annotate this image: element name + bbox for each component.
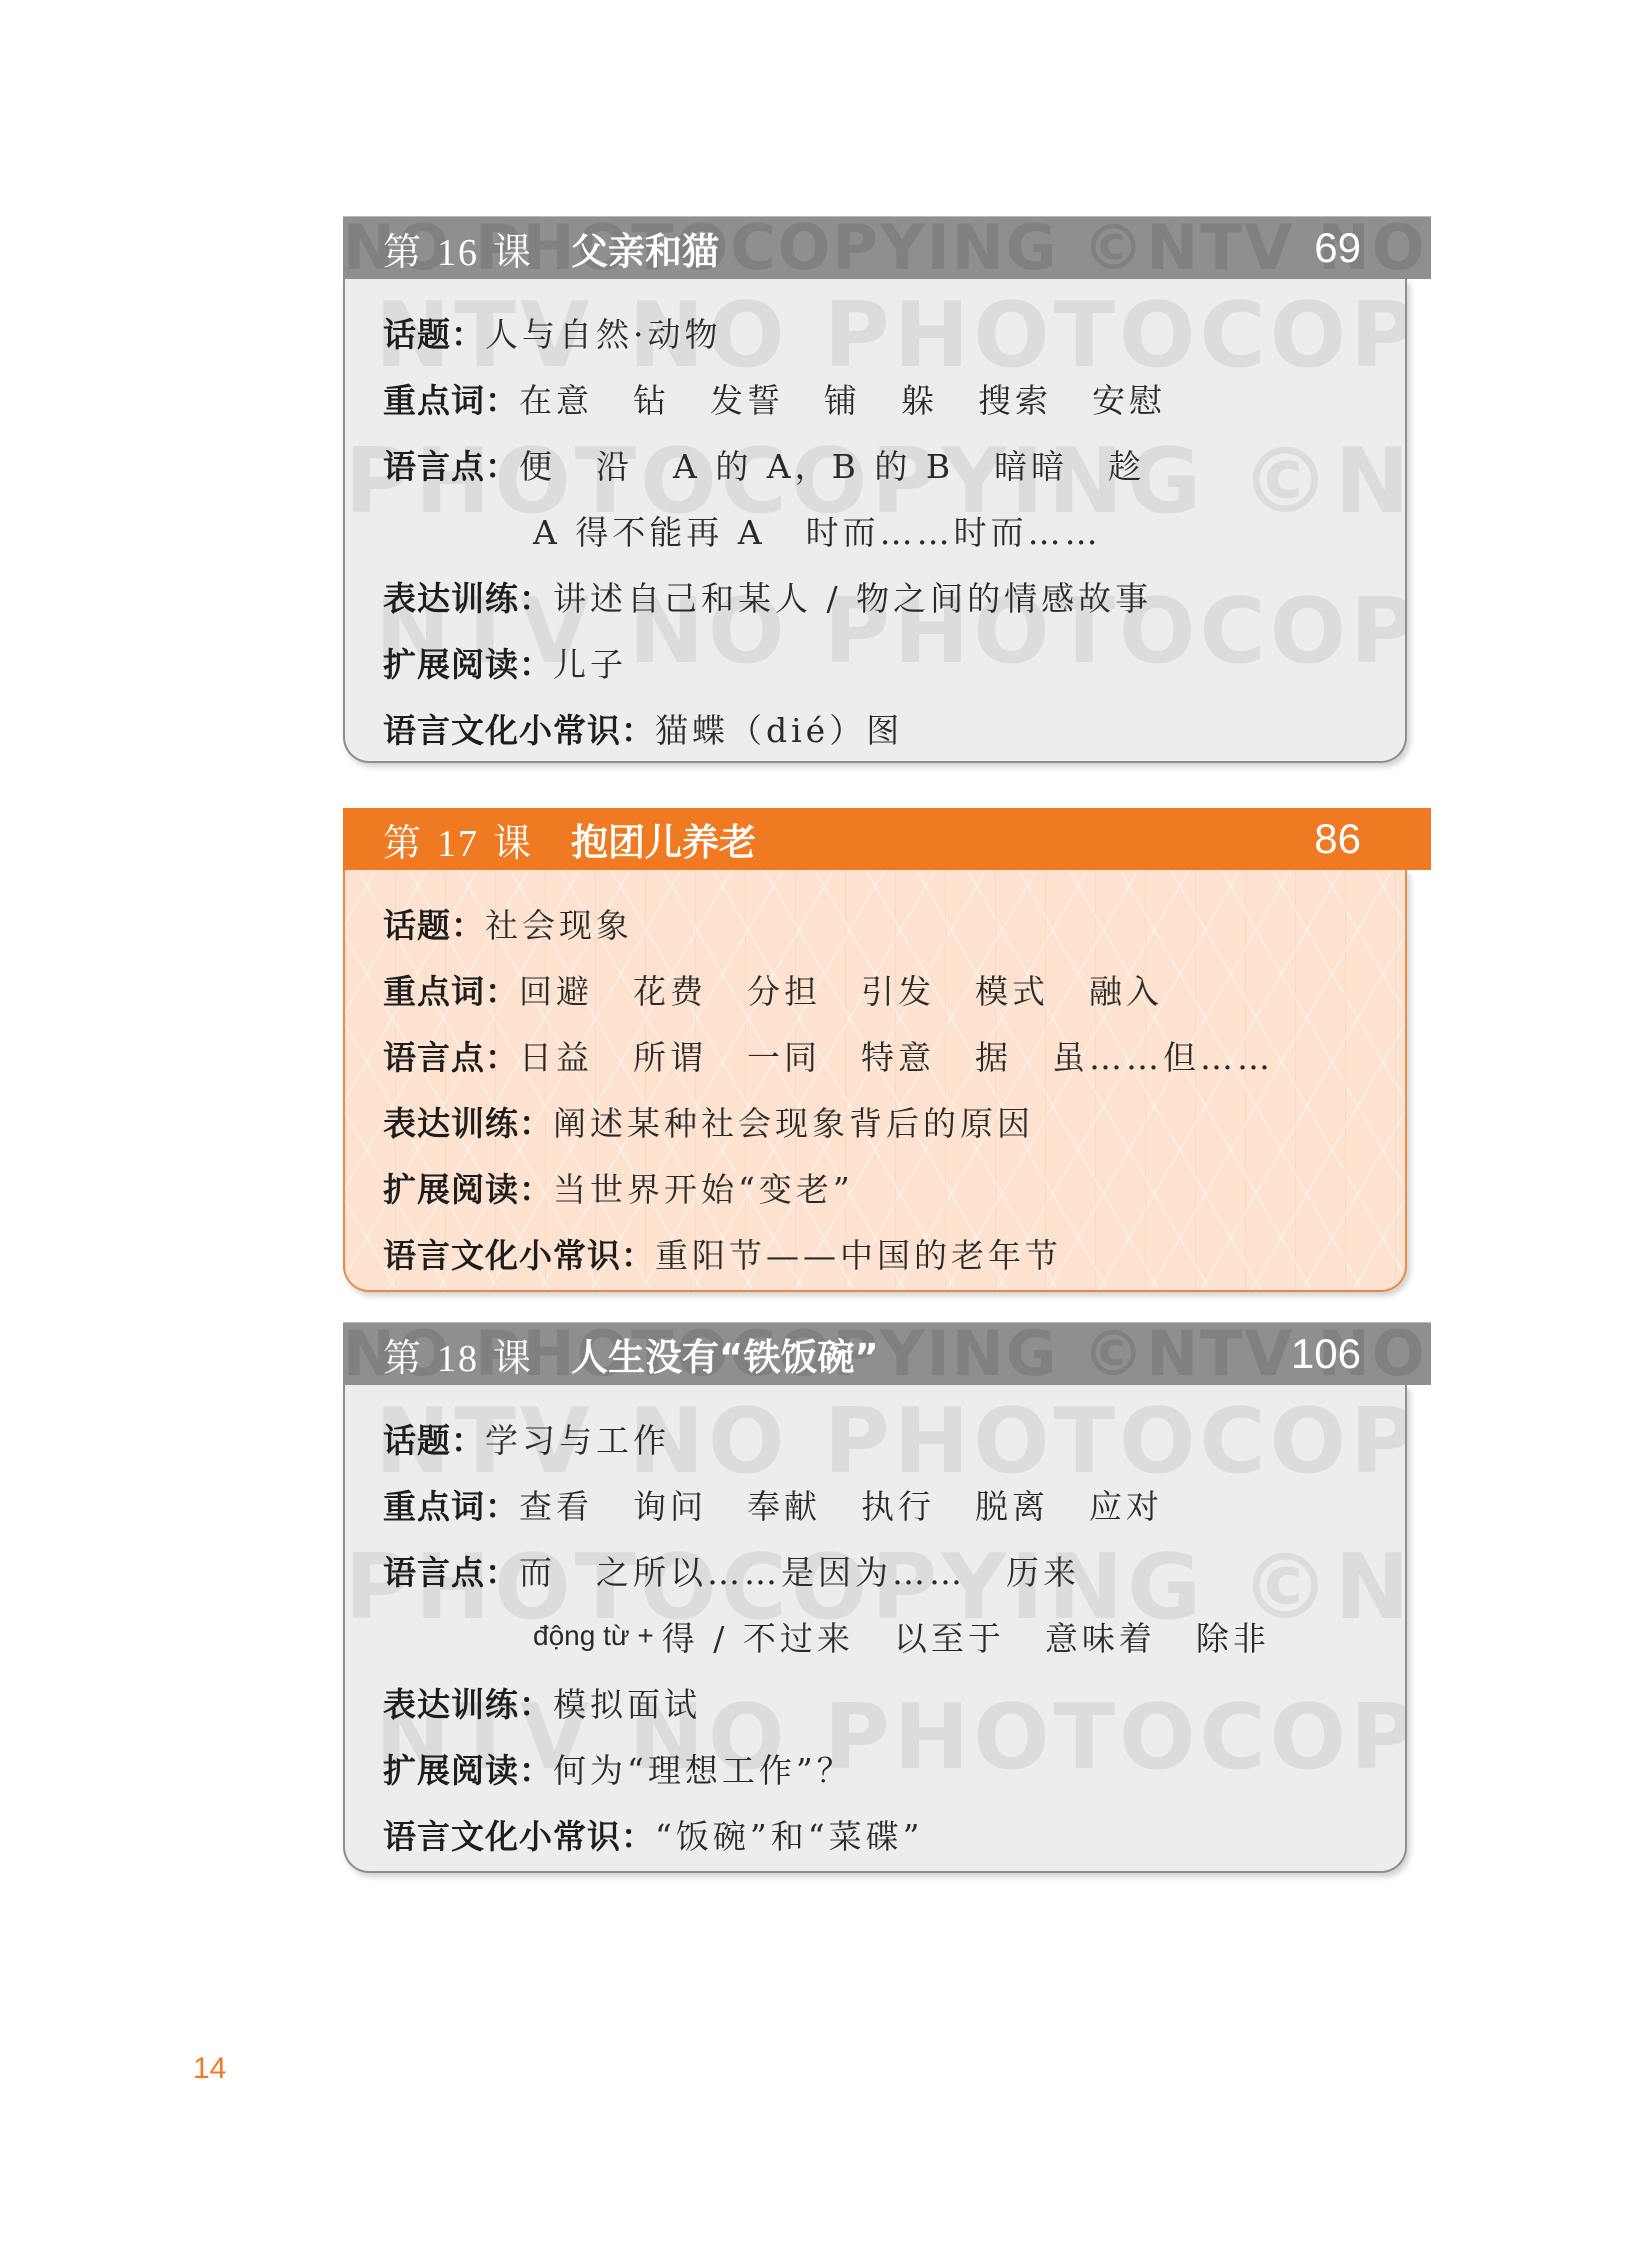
- row-item: A 的 A，B 的 B: [673, 441, 954, 488]
- lesson-prefix: 第: [383, 823, 423, 865]
- row-item: 分担: [747, 966, 821, 1013]
- lesson-body: 话题： 社会现象 重点词： 回避 花费 分担 引发 模式 融入 语言点： 日益 …: [343, 870, 1407, 1292]
- row-key-words: 重点词： 查看 询问 奉献 执行 脱离 应对: [383, 1471, 1405, 1537]
- row-language-points: 语言点： 而 之所以……是因为…… 历来: [383, 1537, 1405, 1603]
- lesson-title: 抱团儿养老: [571, 812, 756, 866]
- row-item: 虽……但……: [1052, 1032, 1274, 1079]
- row-item: 以至于: [894, 1613, 1005, 1660]
- lesson-number-value: 17: [437, 823, 479, 865]
- row-topic: 话题： 人与自然·动物: [383, 299, 1405, 365]
- row-key-words: 重点词： 回避 花费 分担 引发 模式 融入: [383, 956, 1405, 1022]
- row-item: 应对: [1089, 1481, 1163, 1528]
- row-language-points: 语言点： 便 沿 A 的 A，B 的 B 暗暗 趁: [383, 431, 1405, 497]
- row-extended-reading: 扩展阅读： 儿子: [383, 629, 1405, 695]
- lesson-body: NTV NO PHOTOCOPYING PHOTOCOPYING ©NTV NO…: [343, 1385, 1407, 1873]
- row-item: 何为“理想工作”？: [553, 1745, 854, 1792]
- row-item: 奉献: [747, 1481, 821, 1528]
- row-item: 便: [519, 441, 556, 488]
- row-label: 重点词：: [383, 966, 519, 1013]
- row-item: 模拟面试: [553, 1679, 701, 1726]
- row-item: 儿子: [553, 639, 627, 686]
- row-label: 语言文化小常识：: [383, 1230, 655, 1277]
- lesson-number: 第16课: [383, 221, 533, 276]
- row-extended-reading: 扩展阅读： 何为“理想工作”？: [383, 1735, 1405, 1801]
- row-item: 得 / 不过来: [662, 1613, 854, 1660]
- row-expression-training: 表达训练： 阐述某种社会现象背后的原因: [383, 1088, 1405, 1154]
- row-item: 时而……时而……: [806, 507, 1102, 554]
- lesson-suffix: 课: [493, 1338, 533, 1380]
- lesson-prefix: 第: [383, 1338, 423, 1380]
- row-label: 语言点：: [383, 1547, 519, 1594]
- lesson-header[interactable]: 第17课 抱团儿养老 86: [343, 808, 1431, 870]
- row-item: 询问: [633, 1481, 707, 1528]
- lesson-card-18: NO PHOTOCOPYING ©NTV NO P 第18课 人生没有“铁饭碗”…: [343, 1322, 1431, 1873]
- row-item: 回避: [519, 966, 593, 1013]
- lesson-suffix: 课: [493, 823, 533, 865]
- row-label: 话题：: [383, 1415, 485, 1462]
- lesson-card-16: NO PHOTOCOPYING ©NTV NO P 第16课 父亲和猫 69 N…: [343, 216, 1431, 763]
- row-label: 扩展阅读：: [383, 1745, 553, 1792]
- row-item: “饭碗”和“菜碟”: [655, 1811, 923, 1858]
- row-label: 表达训练：: [383, 1098, 553, 1145]
- lesson-number-value: 18: [437, 1338, 479, 1380]
- lesson-suffix: 课: [493, 232, 533, 274]
- row-item: 猫蝶（dié）图: [655, 705, 903, 752]
- row-culture-tip: 语言文化小常识： “饭碗”和“菜碟”: [383, 1801, 1405, 1867]
- row-culture-tip: 语言文化小常识： 猫蝶（dié）图: [383, 695, 1405, 761]
- row-item: 所谓: [633, 1032, 707, 1079]
- row-key-words: 重点词： 在意 钻 发誓 铺 躲 搜索 安慰: [383, 365, 1405, 431]
- row-label: 重点词：: [383, 375, 519, 422]
- lesson-number: 第17课: [383, 812, 533, 867]
- row-item: 而: [519, 1547, 556, 1594]
- row-item: 学习与工作: [485, 1415, 670, 1462]
- row-label: 语言点：: [383, 1032, 519, 1079]
- row-language-points-cont: A 得不能再 A 时而……时而……: [383, 497, 1405, 563]
- row-topic: 话题： 社会现象: [383, 890, 1405, 956]
- lesson-header[interactable]: NO PHOTOCOPYING ©NTV NO P 第16课 父亲和猫 69: [343, 216, 1431, 279]
- pinyin-note: động từ +: [533, 1620, 654, 1652]
- lesson-number-value: 16: [437, 232, 479, 274]
- row-item: 当世界开始“变老”: [553, 1164, 854, 1211]
- lesson-page-number: 69: [1314, 224, 1361, 272]
- row-label: 扩展阅读：: [383, 1164, 553, 1211]
- row-item: A 得不能再 A: [533, 507, 766, 554]
- row-label: 语言点：: [383, 441, 519, 488]
- row-item: 之所以……是因为……: [596, 1547, 966, 1594]
- row-label: 话题：: [383, 309, 485, 356]
- lesson-page-number: 86: [1314, 815, 1361, 863]
- lesson-number: 第18课: [383, 1327, 533, 1382]
- row-item: 阐述某种社会现象背后的原因: [553, 1098, 1034, 1145]
- row-label: 重点词：: [383, 1481, 519, 1528]
- row-expression-training: 表达训练： 讲述自己和某人 / 物之间的情感故事: [383, 563, 1405, 629]
- row-item: 花费: [633, 966, 707, 1013]
- page-number: 14: [193, 2052, 226, 2086]
- row-item: 除非: [1196, 1613, 1270, 1660]
- row-label: 表达训练：: [383, 1679, 553, 1726]
- row-language-points-cont: động từ + 得 / 不过来 以至于 意味着 除非: [383, 1603, 1405, 1669]
- lesson-title: 人生没有“铁饭碗”: [571, 1327, 879, 1381]
- row-language-points: 语言点： 日益 所谓 一同 特意 据 虽……但……: [383, 1022, 1405, 1088]
- row-item: 查看: [519, 1481, 593, 1528]
- row-label: 表达训练：: [383, 573, 553, 620]
- row-item: 据: [975, 1032, 1012, 1079]
- row-item: 搜索: [978, 375, 1052, 422]
- row-item: 暗暗: [994, 441, 1068, 488]
- row-extended-reading: 扩展阅读： 当世界开始“变老”: [383, 1154, 1405, 1220]
- row-item: 执行: [861, 1481, 935, 1528]
- row-expression-training: 表达训练： 模拟面试: [383, 1669, 1405, 1735]
- row-item: 社会现象: [485, 900, 633, 947]
- row-label: 语言文化小常识：: [383, 705, 655, 752]
- row-item: 安慰: [1092, 375, 1166, 422]
- row-item: 重阳节——中国的老年节: [655, 1230, 1062, 1277]
- row-item: 日益: [519, 1032, 593, 1079]
- row-item: 人与自然·动物: [485, 309, 722, 356]
- row-item: 趁: [1108, 441, 1145, 488]
- row-item: 意味着: [1045, 1613, 1156, 1660]
- row-item: 铺: [824, 375, 861, 422]
- lesson-header[interactable]: NO PHOTOCOPYING ©NTV NO P 第18课 人生没有“铁饭碗”…: [343, 1322, 1431, 1385]
- row-label: 语言文化小常识：: [383, 1811, 655, 1858]
- row-topic: 话题： 学习与工作: [383, 1405, 1405, 1471]
- row-label: 扩展阅读：: [383, 639, 553, 686]
- row-item: 历来: [1006, 1547, 1080, 1594]
- lesson-page-number: 106: [1291, 1330, 1361, 1378]
- row-item: 钻: [633, 375, 670, 422]
- lesson-body: NTV NO PHOTOCOPYING PHOTOCOPYING ©NTV NO…: [343, 279, 1407, 763]
- row-item: 沿: [596, 441, 633, 488]
- lesson-prefix: 第: [383, 232, 423, 274]
- row-item: 躲: [901, 375, 938, 422]
- row-item: 特意: [861, 1032, 935, 1079]
- row-item: 发誓: [710, 375, 784, 422]
- row-label: 话题：: [383, 900, 485, 947]
- row-item: 引发: [861, 966, 935, 1013]
- row-item: 一同: [747, 1032, 821, 1079]
- row-culture-tip: 语言文化小常识： 重阳节——中国的老年节: [383, 1220, 1405, 1286]
- lesson-title: 父亲和猫: [571, 221, 719, 275]
- row-item: 在意: [519, 375, 593, 422]
- lesson-card-17: 第17课 抱团儿养老 86 话题： 社会现象 重点词： 回避 花费 分担 引发 …: [343, 808, 1431, 1292]
- row-item: 融入: [1089, 966, 1163, 1013]
- row-item: 脱离: [975, 1481, 1049, 1528]
- row-item: 模式: [975, 966, 1049, 1013]
- row-item: 讲述自己和某人 / 物之间的情感故事: [553, 573, 1152, 620]
